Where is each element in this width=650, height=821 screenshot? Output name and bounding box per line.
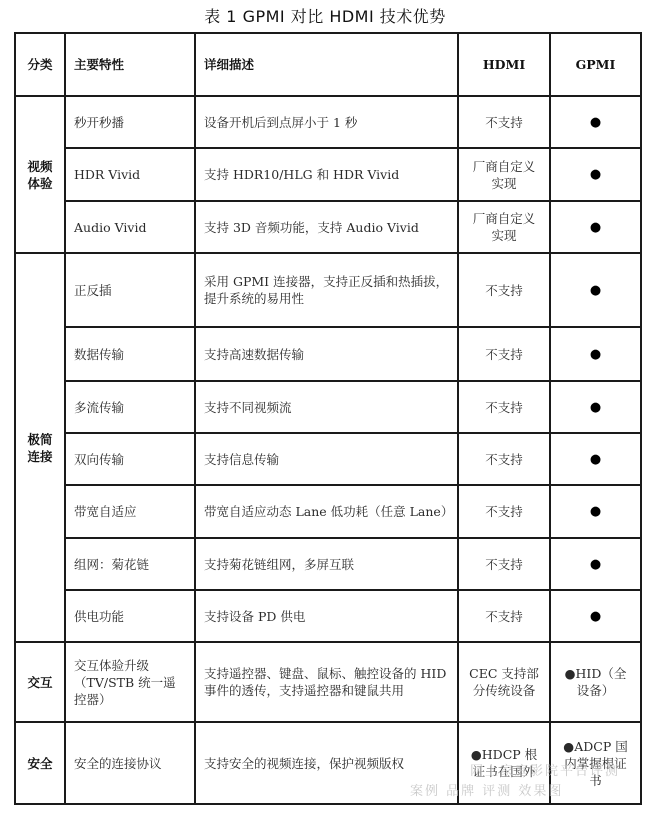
feature-cell: 双向传输 xyxy=(65,433,195,485)
header-gpmi: GPMI xyxy=(550,33,641,96)
feature-cell: 安全的连接协议 xyxy=(65,722,195,804)
header-row: 分类 主要特性 详细描述 HDMI GPMI xyxy=(15,33,641,96)
table-row: 供电功能 支持设备 PD 供电 不支持 ● xyxy=(15,590,641,642)
hdmi-cell: 不支持 xyxy=(458,590,550,642)
header-feature: 主要特性 xyxy=(65,33,195,96)
feature-cell: 交互体验升级（TV/STB 统一遥控器） xyxy=(65,642,195,722)
feature-cell: HDR Vivid xyxy=(65,148,195,201)
gpmi-supported-dot-icon: ● xyxy=(550,381,641,433)
table-row: 极简连接 正反插 采用 GPMI 连接器，支持正反插和热插拔，提升系统的易用性 … xyxy=(15,253,641,327)
description-cell: 支持高速数据传输 xyxy=(195,327,458,381)
feature-cell: 数据传输 xyxy=(65,327,195,381)
description-cell: 支持设备 PD 供电 xyxy=(195,590,458,642)
gpmi-supported-dot-icon: ● xyxy=(550,148,641,201)
feature-cell: 秒开秒播 xyxy=(65,96,195,148)
hdmi-cell: ●HDCP 根证书在国外 xyxy=(458,722,550,804)
gpmi-cell: ●HID（全设备） xyxy=(550,642,641,722)
description-cell: 带宽自适应动态 Lane 低功耗（任意 Lane） xyxy=(195,485,458,538)
table-row: 数据传输 支持高速数据传输 不支持 ● xyxy=(15,327,641,381)
table-row: Audio Vivid 支持 3D 音频功能，支持 Audio Vivid 厂商… xyxy=(15,201,641,253)
gpmi-supported-dot-icon: ● xyxy=(550,96,641,148)
table-row: 交互 交互体验升级（TV/STB 统一遥控器） 支持遥控器、键盘、鼠标、触控设备… xyxy=(15,642,641,722)
gpmi-supported-dot-icon: ● xyxy=(550,433,641,485)
feature-cell: 组网：菊花链 xyxy=(65,538,195,590)
feature-cell: Audio Vivid xyxy=(65,201,195,253)
table-row: 带宽自适应 带宽自适应动态 Lane 低功耗（任意 Lane） 不支持 ● xyxy=(15,485,641,538)
gpmi-supported-dot-icon: ● xyxy=(550,253,641,327)
description-cell: 采用 GPMI 连接器，支持正反插和热插拔，提升系统的易用性 xyxy=(195,253,458,327)
category-cell: 极简连接 xyxy=(15,253,65,642)
feature-cell: 带宽自适应 xyxy=(65,485,195,538)
table-row: 视频体验 秒开秒播 设备开机后到点屏小于 1 秒 不支持 ● xyxy=(15,96,641,148)
hdmi-cell: 不支持 xyxy=(458,433,550,485)
hdmi-cell: 厂商自定义实现 xyxy=(458,148,550,201)
hdmi-cell: 不支持 xyxy=(458,96,550,148)
table-row: 双向传输 支持信息传输 不支持 ● xyxy=(15,433,641,485)
description-cell: 支持信息传输 xyxy=(195,433,458,485)
table-title: 表 1 GPMI 对比 HDMI 技术优势 xyxy=(0,4,650,27)
hdmi-cell: 不支持 xyxy=(458,381,550,433)
hdmi-cell: 不支持 xyxy=(458,485,550,538)
category-cell: 视频体验 xyxy=(15,96,65,253)
description-cell: 设备开机后到点屏小于 1 秒 xyxy=(195,96,458,148)
category-cell: 交互 xyxy=(15,642,65,722)
gpmi-supported-dot-icon: ● xyxy=(550,590,641,642)
table-row: 组网：菊花链 支持菊花链组网，多屏互联 不支持 ● xyxy=(15,538,641,590)
header-description: 详细描述 xyxy=(195,33,458,96)
description-cell: 支持遥控器、键盘、鼠标、触控设备的 HID 事件的透传，支持遥控器和键鼠共用 xyxy=(195,642,458,722)
description-cell: 支持不同视频流 xyxy=(195,381,458,433)
hdmi-cell: 不支持 xyxy=(458,538,550,590)
gpmi-cell: ●ADCP 国内掌握根证书 xyxy=(550,722,641,804)
description-cell: 支持菊花链组网，多屏互联 xyxy=(195,538,458,590)
table-row: HDR Vivid 支持 HDR10/HLG 和 HDR Vivid 厂商自定义… xyxy=(15,148,641,201)
gpmi-supported-dot-icon: ● xyxy=(550,538,641,590)
gpmi-supported-dot-icon: ● xyxy=(550,485,641,538)
header-hdmi: HDMI xyxy=(458,33,550,96)
header-category: 分类 xyxy=(15,33,65,96)
gpmi-supported-dot-icon: ● xyxy=(550,327,641,381)
gpmi-supported-dot-icon: ● xyxy=(550,201,641,253)
hdmi-cell: 厂商自定义实现 xyxy=(458,201,550,253)
feature-cell: 多流传输 xyxy=(65,381,195,433)
feature-cell: 正反插 xyxy=(65,253,195,327)
table-row: 安全 安全的连接协议 支持安全的视频连接，保护视频版权 ●HDCP 根证书在国外… xyxy=(15,722,641,804)
description-cell: 支持安全的视频连接，保护视频版权 xyxy=(195,722,458,804)
description-cell: 支持 3D 音频功能，支持 Audio Vivid xyxy=(195,201,458,253)
table-row: 多流传输 支持不同视频流 不支持 ● xyxy=(15,381,641,433)
hdmi-cell: CEC 支持部分传统设备 xyxy=(458,642,550,722)
hdmi-cell: 不支持 xyxy=(458,253,550,327)
category-cell: 安全 xyxy=(15,722,65,804)
hdmi-cell: 不支持 xyxy=(458,327,550,381)
comparison-table: 分类 主要特性 详细描述 HDMI GPMI 视频体验 秒开秒播 设备开机后到点… xyxy=(14,32,642,805)
feature-cell: 供电功能 xyxy=(65,590,195,642)
description-cell: 支持 HDR10/HLG 和 HDR Vivid xyxy=(195,148,458,201)
